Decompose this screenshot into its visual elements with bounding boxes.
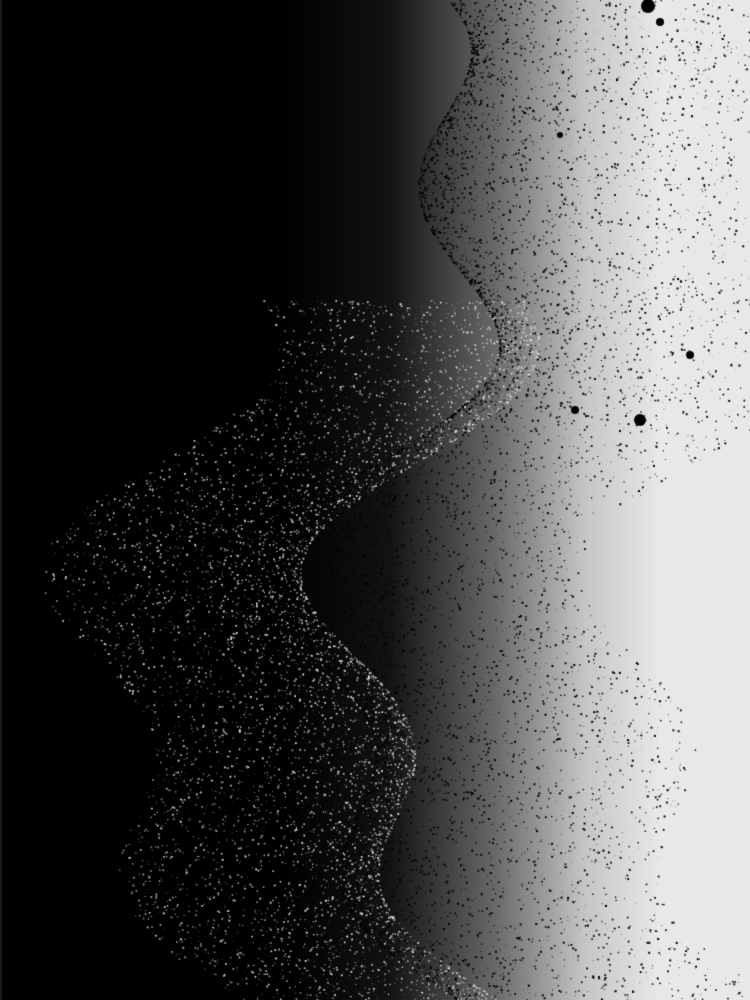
grunge-texture — [0, 0, 750, 1000]
splatter-layer — [0, 0, 750, 1000]
left-edge-line — [0, 0, 2, 1000]
